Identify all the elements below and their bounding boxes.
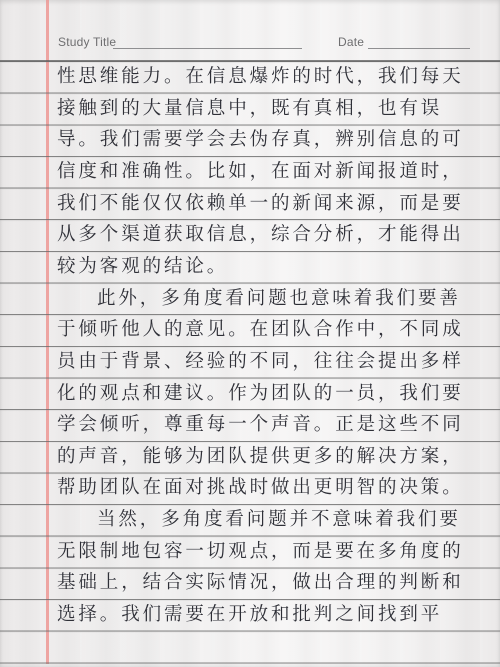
handwritten-line: 于倾听他人的意见。在团队合作中，不同成 xyxy=(57,314,464,346)
handwritten-line: 选择。我们需要在开放和批判之间找到平 xyxy=(57,599,442,631)
handwritten-line: 导。我们需要学会去伪存真，辨别信息的可 xyxy=(57,124,464,156)
notebook-page: Study Title Date 性思维能力。在信息爆炸的时代，我们每天接触到的… xyxy=(0,0,500,667)
handwritten-line: 我们不能仅仅依赖单一的新闻来源，而是要 xyxy=(57,188,464,220)
handwritten-line: 帮助团队在面对挑战时做出更明智的决策。 xyxy=(57,472,464,504)
handwritten-line: 信度和准确性。比如，在面对新闻报道时， xyxy=(57,156,464,188)
handwritten-line: 无限制地包容一切观点，而是要在多角度的 xyxy=(57,536,464,568)
handwritten-line: 性思维能力。在信息爆炸的时代，我们每天 xyxy=(57,61,464,93)
handwritten-line: 基础上，结合实际情况，做出合理的判断和 xyxy=(57,567,464,599)
handwritten-line: 当然，多角度看问题并不意味着我们要 xyxy=(97,504,461,536)
handwritten-line: 员由于背景、经验的不同，往往会提出多样 xyxy=(57,346,464,378)
handwritten-line: 较为客观的结论。 xyxy=(57,251,228,283)
handwritten-line: 从多个渠道获取信息，综合分析，才能得出 xyxy=(57,219,464,251)
handwritten-line: 学会倾听，尊重每一个声音。正是这些不同 xyxy=(57,409,464,441)
essay-text: 性思维能力。在信息爆炸的时代，我们每天接触到的大量信息中，既有真相，也有误导。我… xyxy=(0,0,500,667)
handwritten-line: 此外，多角度看问题也意味着我们要善 xyxy=(97,283,461,315)
handwritten-line: 化的观点和建议。作为团队的一员，我们要 xyxy=(57,378,464,410)
handwritten-line: 的声音，能够为团队提供更多的解决方案， xyxy=(57,441,464,473)
handwritten-line: 接触到的大量信息中，既有真相，也有误 xyxy=(57,93,442,125)
